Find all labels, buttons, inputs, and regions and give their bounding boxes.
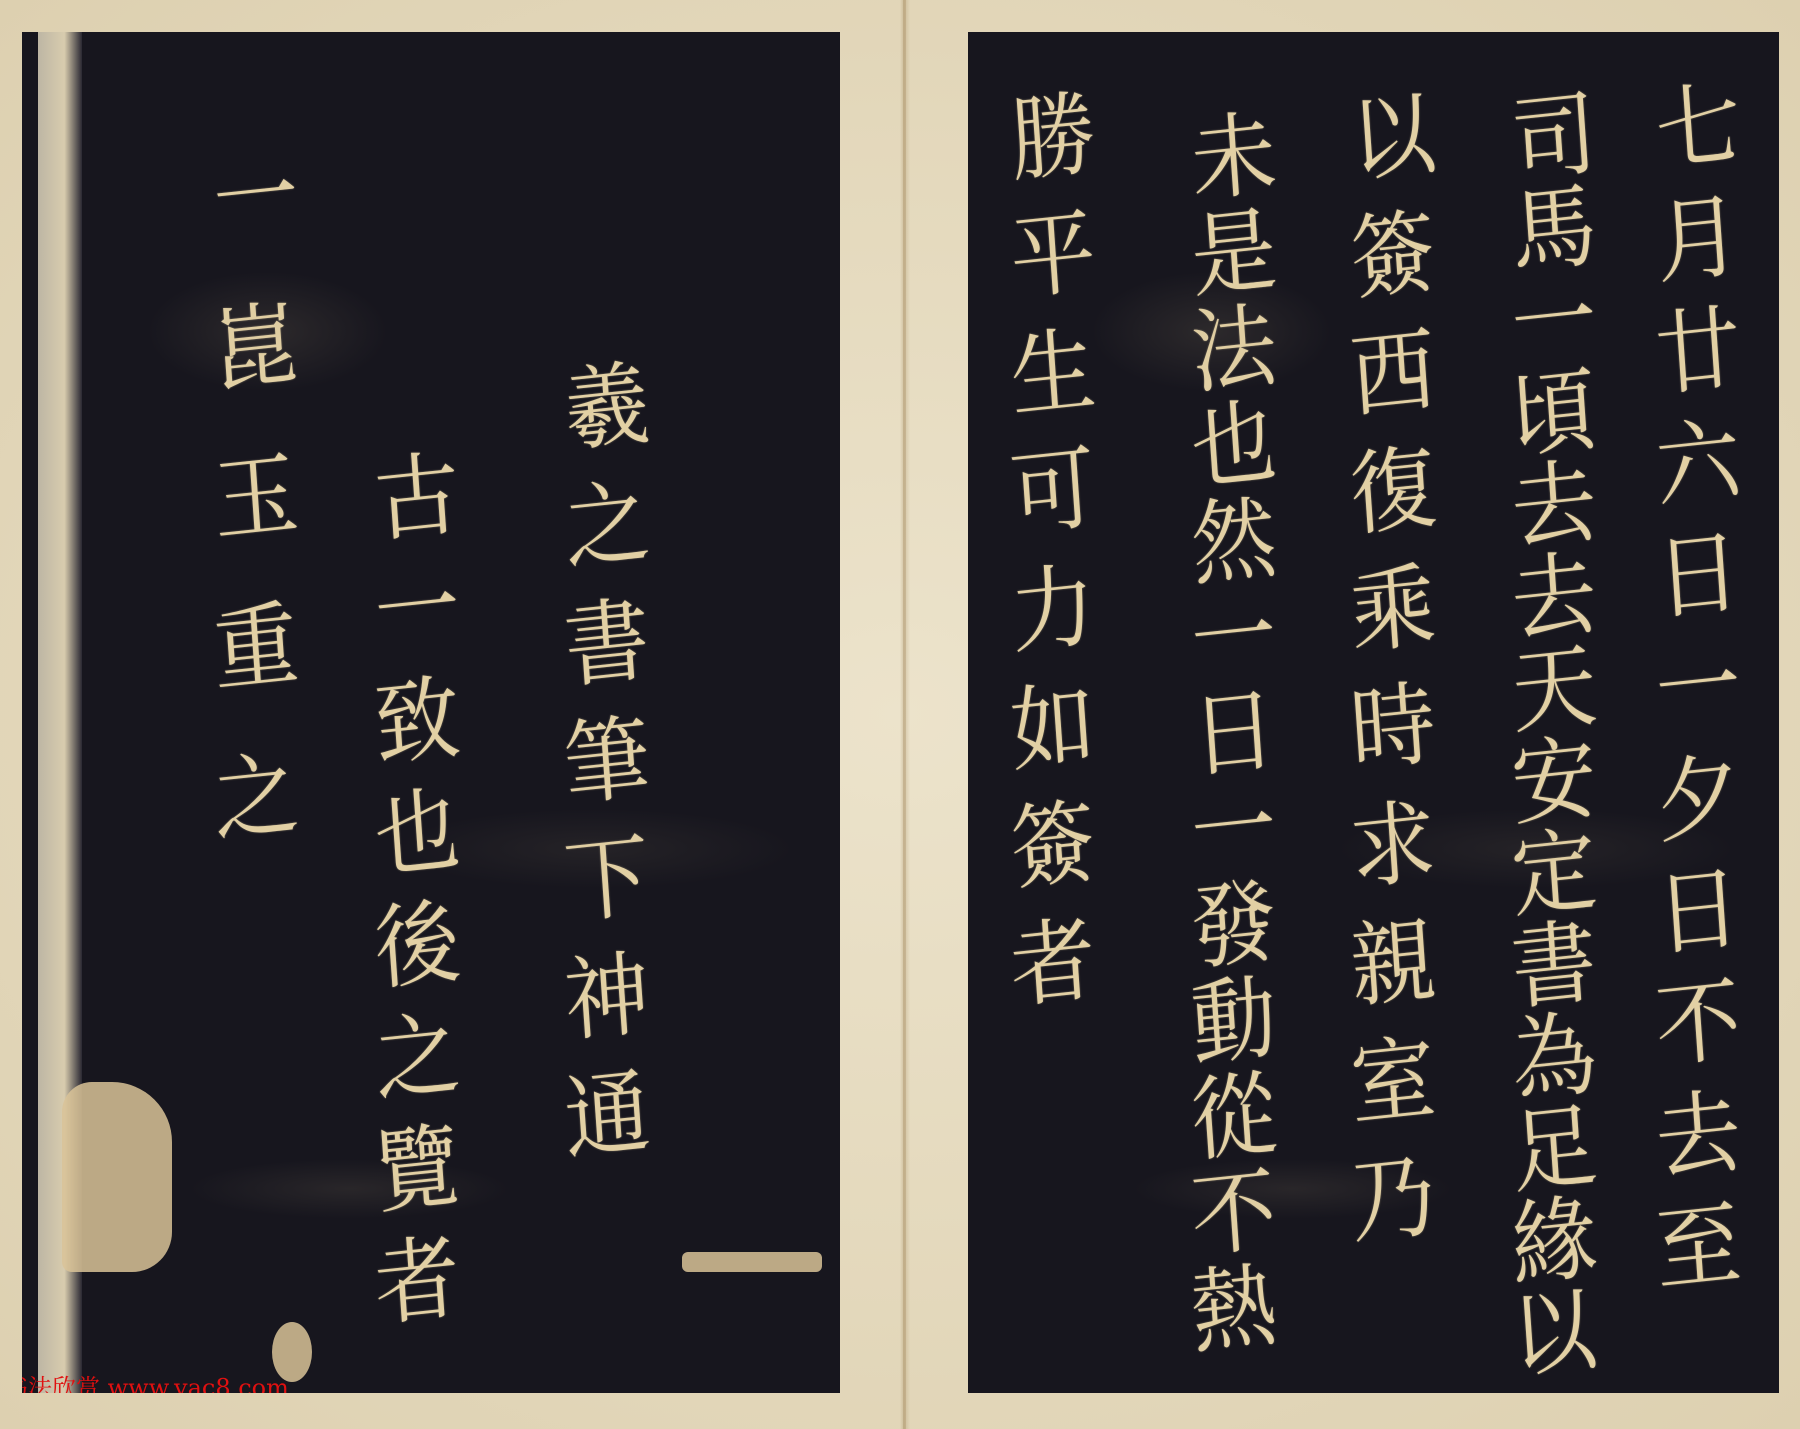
calligraphy-character: 夕 — [1653, 750, 1745, 870]
calligraphy-column: 司馬一頃去去天安定書為足緣以 — [1508, 90, 1600, 1381]
album-fold — [903, 0, 906, 1429]
calligraphy-character: 日 — [1653, 862, 1745, 982]
right-rubbing-leaf: 七月廿六日一夕日不去至 司馬一頃去去天安定書為足緣以 以簽西復乘時求親室乃 未是… — [968, 32, 1779, 1393]
calligraphy-character: 一 — [211, 148, 306, 306]
calligraphy-character: 復 — [1348, 442, 1441, 568]
calligraphy-character: 玉 — [211, 448, 306, 606]
calligraphy-character: 者 — [1008, 914, 1101, 1040]
peeled-paper-spot — [272, 1322, 312, 1382]
calligraphy-column: 羲之書筆下神通 — [562, 360, 654, 1189]
calligraphy-character: 求 — [1348, 796, 1441, 922]
calligraphy-character: 之 — [211, 748, 306, 906]
calligraphy-column: 古一致也後之覽者 — [372, 450, 464, 1349]
calligraphy-character: 之 — [372, 1008, 464, 1128]
calligraphy-character: 通 — [562, 1066, 655, 1192]
calligraphy-character: 簽 — [1008, 796, 1101, 922]
peeled-paper-strip — [682, 1252, 822, 1272]
calligraphy-character: 致 — [372, 672, 464, 792]
calligraphy-character: 書 — [562, 594, 655, 720]
calligraphy-character: 一 — [1653, 638, 1745, 758]
calligraphy-character: 生 — [1008, 324, 1101, 450]
peeled-paper-patch — [62, 1082, 172, 1272]
calligraphy-character: 平 — [1008, 206, 1101, 332]
calligraphy-character: 羲 — [562, 358, 655, 484]
calligraphy-character: 時 — [1348, 678, 1441, 804]
calligraphy-column: 一崑玉重之 — [212, 150, 304, 903]
calligraphy-character: 西 — [1348, 324, 1441, 450]
left-rubbing-leaf: 羲之書筆下神通 古一致也後之覽者 一崑玉重之 书法欣赏 www.yac8.com — [22, 32, 840, 1393]
calligraphy-character: 覽 — [372, 1120, 464, 1240]
calligraphy-character: 去 — [1653, 1086, 1745, 1206]
calligraphy-character: 七 — [1653, 78, 1745, 198]
calligraphy-character: 廿 — [1653, 302, 1745, 422]
calligraphy-character: 勝 — [1008, 88, 1101, 214]
calligraphy-character: 者 — [372, 1232, 464, 1352]
calligraphy-character: 也 — [372, 784, 464, 904]
calligraphy-character: 室 — [1348, 1032, 1441, 1158]
calligraphy-character: 至 — [1653, 1198, 1745, 1318]
calligraphy-character: 古 — [372, 448, 464, 568]
calligraphy-character: 之 — [562, 476, 655, 602]
calligraphy-character: 熱 — [1188, 1260, 1279, 1364]
calligraphy-character: 重 — [211, 598, 306, 756]
calligraphy-character: 日 — [1653, 526, 1745, 646]
calligraphy-character: 可 — [1008, 442, 1101, 568]
calligraphy-character: 力 — [1008, 560, 1101, 686]
calligraphy-character: 乘 — [1348, 560, 1441, 686]
calligraphy-character: 如 — [1008, 678, 1101, 804]
calligraphy-character: 親 — [1348, 914, 1441, 1040]
calligraphy-column: 七月廿六日一夕日不去至 — [1653, 80, 1745, 1315]
calligraphy-character: 神 — [562, 948, 655, 1074]
calligraphy-column: 以簽西復乘時求親室乃 — [1348, 90, 1440, 1273]
calligraphy-character: 崑 — [211, 298, 306, 456]
calligraphy-character: 月 — [1653, 190, 1745, 310]
calligraphy-character: 不 — [1653, 974, 1745, 1094]
site-watermark: 书法欣赏 www.yac8.com — [22, 1376, 289, 1393]
calligraphy-character: 以 — [1348, 88, 1441, 214]
calligraphy-character: 下 — [562, 830, 655, 956]
calligraphy-column: 未是法也然一日一發動從不熱 — [1188, 110, 1280, 1361]
calligraphy-character: 一 — [372, 560, 464, 680]
calligraphy-character: 簽 — [1348, 206, 1441, 332]
calligraphy-character: 筆 — [562, 712, 655, 838]
calligraphy-character: 乃 — [1348, 1150, 1441, 1276]
calligraphy-character: 六 — [1653, 414, 1745, 534]
calligraphy-character: 後 — [372, 896, 464, 1016]
calligraphy-column: 勝平生可力如簽者 — [1008, 90, 1100, 1037]
calligraphy-character: 以 — [1509, 1284, 1600, 1384]
